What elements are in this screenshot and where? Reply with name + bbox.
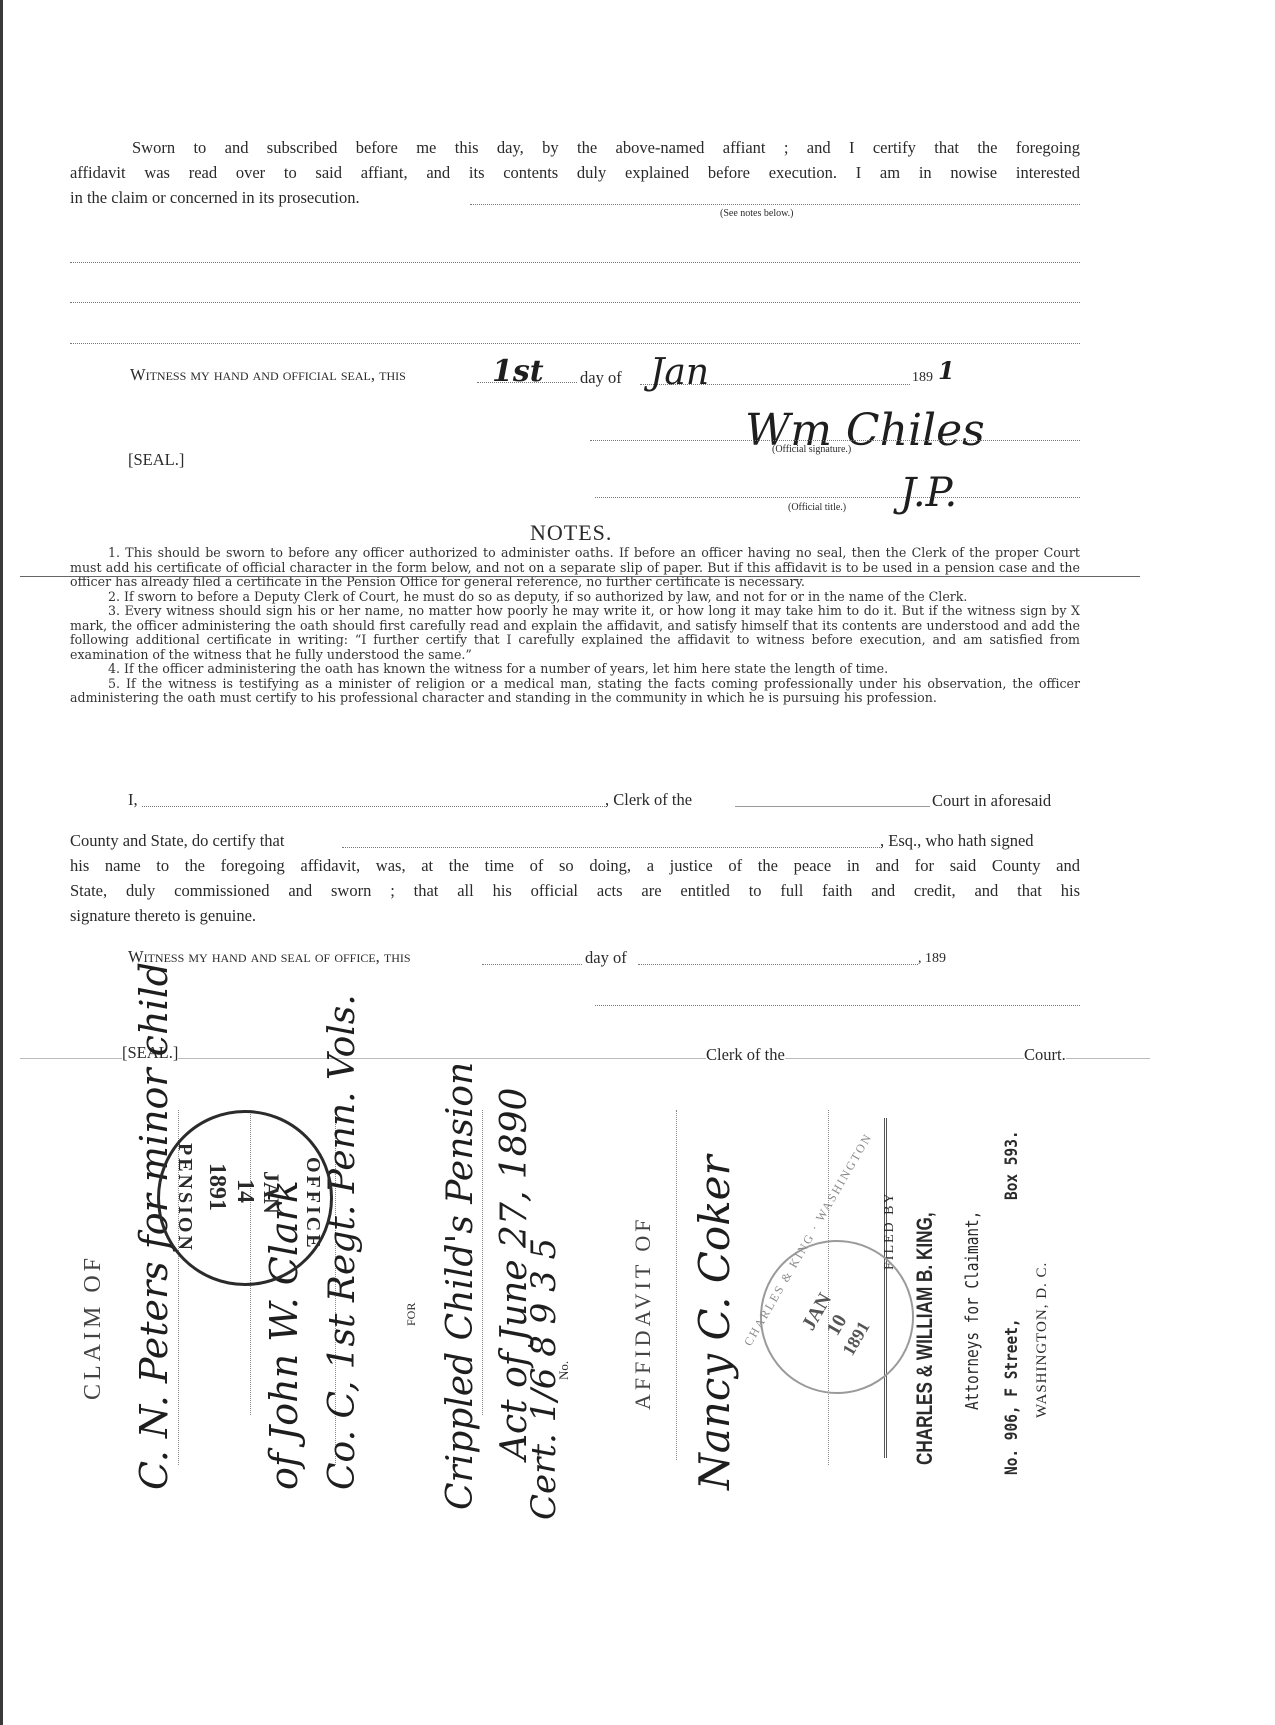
pension-office-stamp: OFFICE JAN 14 1891 PENSION — [157, 1110, 333, 1286]
clerk-cert-court: Court in aforesaid — [932, 788, 1051, 813]
guide-line — [482, 1110, 483, 1415]
note-item: 5. If the witness is testifying as a min… — [70, 677, 1080, 706]
claim-of-label: CLAIM OF — [80, 1254, 107, 1400]
attorneys-box: Box 593. — [1002, 1130, 1022, 1200]
notes-list: 1. This should be sworn to before any of… — [70, 546, 1080, 706]
seal-label: [SEAL.] — [128, 447, 184, 472]
jurat-line-3: in the claim or concerned in its prosecu… — [70, 185, 360, 210]
official-signature-blank — [590, 440, 1080, 441]
clerk-witness-day-blank — [482, 964, 582, 965]
notes-title: NOTES. — [530, 520, 612, 546]
claim-type-handwritten-1: Crippled Child's Pension — [440, 1062, 481, 1510]
clerk-cert-line2-prefix: County and State, do certify that — [70, 828, 284, 853]
clerk-cert-body-line: signature thereto is genuine. — [70, 903, 256, 928]
official-title-handwritten: J.P. — [900, 470, 957, 516]
attorneys-city: WASHINGTON, D. C. — [1034, 1262, 1051, 1418]
note-item: 2. If sworn to before a Deputy Clerk of … — [70, 590, 1080, 605]
official-signature-label: (Official signature.) — [772, 444, 851, 455]
attorney-received-stamp: CHARLES & KING · WASHINGTON JAN 10 1891 — [732, 1212, 942, 1422]
witness-month-handwritten: Jan — [650, 352, 709, 393]
blank-line — [70, 343, 1080, 344]
scan-page-edge — [0, 0, 3, 1725]
attorneys-role: Attorneys for Claimant, — [962, 1211, 983, 1410]
stamp-bottom-text: PENSION — [173, 1143, 196, 1253]
stamp-top-text: OFFICE — [301, 1157, 324, 1251]
clerk-cert-line2-suffix: , Esq., who hath signed — [880, 828, 1034, 853]
clerk-signature-blank — [595, 1005, 1080, 1006]
attorneys-name: CHARLES & WILLIAM B. KING, — [912, 1212, 938, 1465]
stamp-day: 14 — [231, 1179, 258, 1203]
fold-line — [20, 1058, 1150, 1059]
justice-name-blank — [342, 847, 882, 848]
note-item: 3. Every witness should sign his or her … — [70, 604, 1080, 662]
affidavit-of-label: AFFIDAVIT OF — [630, 1215, 656, 1410]
jurat-line-1: Sworn to and subscribed before me this d… — [70, 135, 1080, 160]
blank-line — [70, 262, 1080, 263]
clerk-cert-i: I, — [128, 787, 138, 812]
witness-year-handwritten: 1 — [938, 356, 955, 385]
affiant-handwritten: Nancy C. Coker — [690, 1155, 739, 1490]
attorneys-address: No. 906, F Street, — [1002, 1318, 1022, 1475]
official-title-label: (Official title.) — [788, 502, 846, 513]
witness-day-of-label: day of — [580, 365, 622, 390]
clerk-cert-body-line: his name to the foregoing affidavit, was… — [70, 853, 1080, 878]
stamp-month: JAN — [258, 1171, 284, 1214]
clerk-of-the-label: Clerk of the — [706, 1042, 785, 1067]
strike-through-line — [20, 576, 1140, 577]
witness-year-printed: 189 — [912, 365, 933, 390]
for-label: FOR — [404, 1303, 419, 1326]
court-name-blank — [735, 806, 930, 807]
clerk-name-blank — [142, 806, 607, 807]
clerk-cert-clerk-of-the: , Clerk of the — [605, 787, 692, 812]
clerk-cert-body-line: State, duly commissioned and sworn ; tha… — [70, 878, 1080, 903]
blank-line — [70, 302, 1080, 303]
witness-label: Witness my hand and official seal, this — [130, 362, 406, 387]
guide-line — [676, 1110, 677, 1460]
official-title-blank — [595, 497, 1080, 498]
clerk-witness-day-of: day of — [585, 945, 627, 970]
note-item: 1. This should be sworn to before any of… — [70, 546, 1080, 590]
court-label: Court. — [1024, 1042, 1066, 1067]
stamp-year: 1891 — [203, 1163, 230, 1211]
cert-number-handwritten: Cert. 1/6 8 9 3 5 — [524, 1238, 564, 1520]
clerk-witness-year: , 189 — [918, 946, 946, 971]
clerk-witness-month-blank — [638, 964, 918, 965]
soldier-handwritten-2: Co. C, 1st Regt. Penn. Vols. — [322, 994, 363, 1490]
note-item: 4. If the officer administering the oath… — [70, 662, 1080, 677]
witness-day-handwritten: 1st — [492, 354, 544, 389]
jurat-line-2: affidavit was read over to said affiant,… — [70, 160, 1080, 185]
see-notes-label: (See notes below.) — [720, 208, 794, 219]
jurat-blank-line — [470, 204, 1080, 205]
